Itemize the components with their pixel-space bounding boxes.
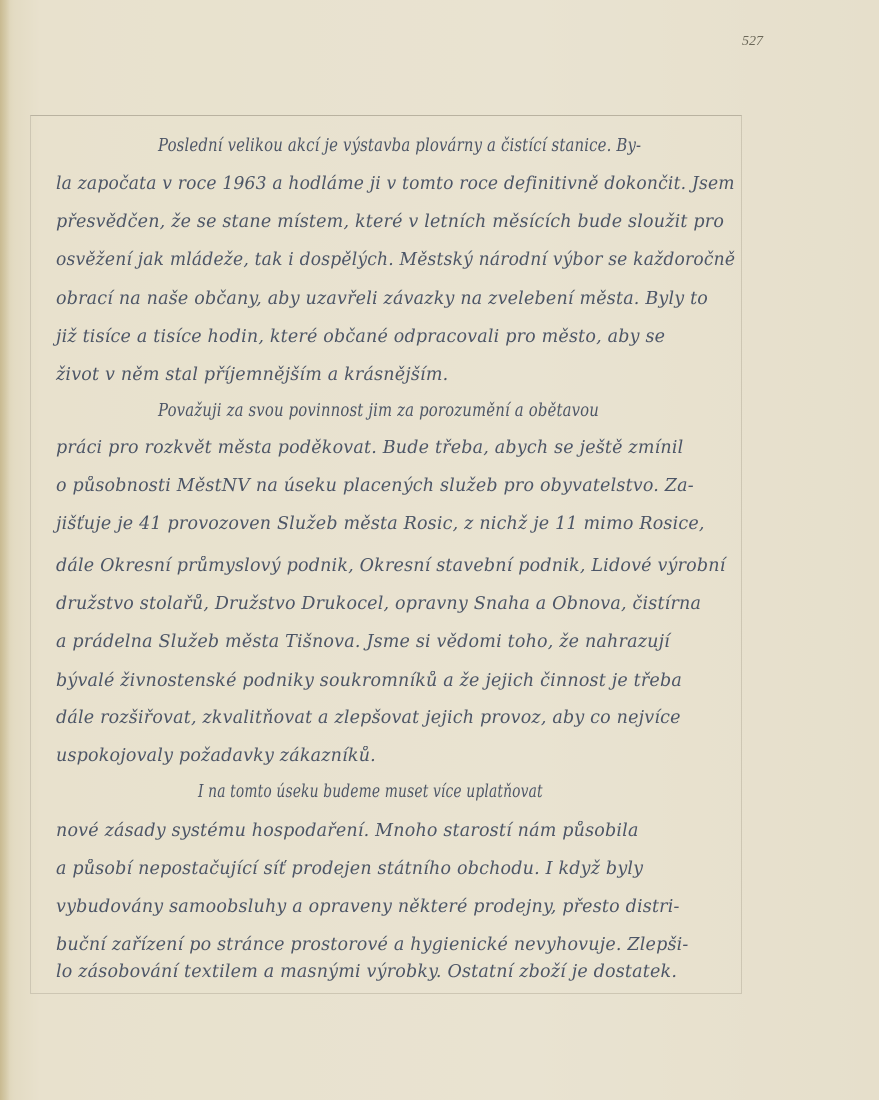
text-line: o působnosti MěstNV na úseku placených s… bbox=[56, 476, 735, 496]
text-line: práci pro rozkvět města poděkovat. Bude … bbox=[56, 438, 735, 458]
text-line: dále rozšiřovat, zkvalitňovat a zlepšova… bbox=[56, 708, 735, 728]
text-line: uspokojovaly požadavky zákazníků. bbox=[56, 746, 735, 766]
text-line: družstvo stolařů, Družstvo Drukocel, opr… bbox=[56, 594, 735, 614]
text-line: a působí nepostačující síť prodejen stát… bbox=[56, 859, 735, 879]
text-line: nové zásady systému hospodaření. Mnoho s… bbox=[56, 821, 735, 841]
page-number: 527 bbox=[742, 34, 763, 50]
document-page: 527 Poslední velikou akcí je výstavba pl… bbox=[0, 0, 879, 1100]
text-line: jišťuje je 41 provozoven Služeb města Ro… bbox=[56, 514, 735, 534]
text-line: dále Okresní průmyslový podnik, Okresní … bbox=[56, 556, 735, 576]
text-line: bývalé živnostenské podniky soukromníků … bbox=[56, 671, 735, 691]
text-line: la započata v roce 1963 a hodláme ji v t… bbox=[56, 174, 721, 194]
text-line: osvěžení jak mládeže, tak i dospělých. M… bbox=[56, 250, 721, 270]
text-line: a prádelna Služeb města Tišnova. Jsme si… bbox=[56, 632, 735, 652]
text-line: Poslední velikou akcí je výstavba plovár… bbox=[158, 136, 735, 156]
text-line: již tisíce a tisíce hodin, které občané … bbox=[56, 327, 735, 347]
binding-shadow bbox=[0, 0, 10, 1100]
text-line: obrací na naše občany, aby uzavřeli záva… bbox=[56, 289, 735, 309]
text-line: vybudovány samoobsluhy a opraveny někter… bbox=[56, 897, 735, 917]
text-line: Považuji za svou povinnost jim za porozu… bbox=[158, 401, 735, 421]
text-line: lo zásobování textilem a masnými výrobky… bbox=[56, 962, 735, 982]
text-line: přesvědčen, že se stane místem, které v … bbox=[56, 212, 735, 232]
text-line: buční zařízení po stránce prostorové a h… bbox=[56, 935, 735, 955]
text-line: život v něm stal příjemnějším a krásnějš… bbox=[56, 365, 735, 385]
text-line: I na tomto úseku budeme muset více uplat… bbox=[198, 782, 735, 802]
